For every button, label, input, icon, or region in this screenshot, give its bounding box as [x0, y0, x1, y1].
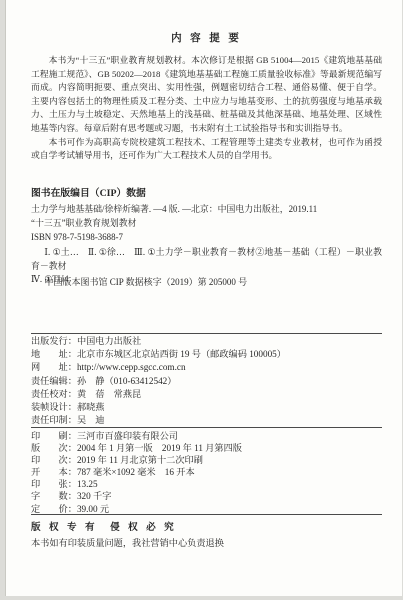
colophon-row-designer: 装帧设计：郝晓燕 — [31, 401, 382, 414]
book-page: 内 容 提 要 本书为“十三五”职业教育规划教材。本次修订是根据 GB 5100… — [5, 0, 402, 596]
cip-series-line: “十三五”职业教育规划教材 — [31, 216, 382, 230]
colophon-label: 印 次： — [31, 454, 77, 466]
colophon-value: 黄 蓓 常燕昆 — [77, 389, 141, 399]
cip-record-line: 中国版本图书馆 CIP 数据核字（2019）第 205000 号 — [31, 275, 382, 288]
summary-block: 本书为“十三五”职业教育规划教材。本次修订是根据 GB 51004—2015《建… — [31, 54, 382, 163]
colophon-label: 印 张： — [31, 478, 77, 490]
colophon-label: 出版发行： — [31, 335, 77, 348]
summary-title: 内 容 提 要 — [31, 30, 382, 45]
colophon-value: 2019 年 11 月北京第十二次印刷 — [77, 455, 203, 465]
colophon-row-website: 网 址：http://www.cepp.sgcc.com.cn — [31, 361, 382, 374]
colophon-publisher-block: 出版发行：中国电力出版社 地 址：北京市东城区北京站西街 19 号（邮政编码 1… — [31, 335, 382, 427]
colophon-row-publisher: 出版发行：中国电力出版社 — [31, 335, 382, 348]
quality-service-line: 本书如有印装质量问题，我社营销中心负责退换 — [31, 535, 382, 549]
colophon-value: 孙 静（010-63412542） — [77, 376, 177, 386]
colophon-value: 郝晓燕 — [77, 402, 105, 412]
colophon-label: 装帧设计： — [31, 401, 77, 414]
summary-paragraph-1: 本书为“十三五”职业教育规划教材。本次修订是根据 GB 51004—2015《建… — [31, 54, 382, 136]
colophon-value: 2004 年 1 月第一版 2019 年 11 月第四版 — [77, 443, 242, 453]
colophon-label: 定 价： — [31, 503, 77, 515]
colophon-label: 地 址： — [31, 348, 77, 361]
colophon-value: 中国电力出版社 — [77, 336, 141, 346]
cip-header: 图书在版编目（CIP）数据 — [31, 185, 382, 199]
colophon-label: 责任编辑： — [31, 375, 77, 388]
divider-middle — [31, 427, 382, 428]
colophon-row-printer: 印 刷：三河市百盛印装有限公司 — [31, 430, 382, 442]
colophon-row-price: 定 价：39.00 元 — [31, 503, 382, 515]
colophon-row-format: 开 本：787 毫米×1092 毫米 16 开本 — [31, 466, 382, 478]
colophon-row-print-supervisor: 责任印制：吴 迪 — [31, 414, 382, 427]
colophon-row-wordcount: 字 数：320 千字 — [31, 490, 382, 502]
colophon-row-edition: 版 次：2004 年 1 月第一版 2019 年 11 月第四版 — [31, 442, 382, 454]
colophon-printing-block: 印 刷：三河市百盛印装有限公司 版 次：2004 年 1 月第一版 2019 年… — [31, 430, 382, 515]
colophon-label: 网 址： — [31, 361, 77, 374]
cip-isbn-line: ISBN 978-7-5198-3688-7 — [31, 230, 382, 244]
colophon-row-sheets: 印 张：13.25 — [31, 478, 382, 490]
cip-entry-line: 土力学与地基基础/徐梓炘编著. —4 版. —北京：中国电力出版社，2019.1… — [31, 202, 382, 216]
colophon-label: 责任校对： — [31, 388, 77, 401]
copyright-notice: 版 权 专 有 侵 权 必 究 — [31, 519, 382, 533]
colophon-label: 印 刷： — [31, 430, 77, 442]
colophon-value: 13.25 — [77, 479, 98, 489]
colophon-value: 39.00 元 — [77, 504, 109, 514]
cip-class-line-1: Ⅰ. ①土… Ⅱ. ①徐… Ⅲ. ①土力学－职业教育－教材②地基－基础（工程）－… — [31, 246, 382, 273]
colophon-label: 版 次： — [31, 442, 77, 454]
colophon-row-impression: 印 次：2019 年 11 月北京第十二次印刷 — [31, 454, 382, 466]
colophon-value: 320 千字 — [77, 491, 111, 501]
colophon-row-proofreader: 责任校对：黄 蓓 常燕昆 — [31, 388, 382, 401]
divider-top — [31, 333, 382, 334]
colophon-value: 三河市百盛印装有限公司 — [77, 431, 178, 441]
colophon-label: 字 数： — [31, 490, 77, 502]
cip-entry-block: 土力学与地基基础/徐梓炘编著. —4 版. —北京：中国电力出版社，2019.1… — [31, 202, 382, 244]
summary-paragraph-2: 本书可作为高职高专院校建筑工程技术、工程管理等土建类专业教材，也可作为函授或自学… — [31, 136, 382, 163]
page-content: 内 容 提 要 本书为“十三五”职业教育规划教材。本次修订是根据 GB 5100… — [31, 0, 382, 596]
colophon-row-editor: 责任编辑：孙 静（010-63412542） — [31, 375, 382, 388]
colophon-value: 吴 迪 — [77, 415, 105, 425]
colophon-value: 787 毫米×1092 毫米 16 开本 — [77, 467, 195, 477]
colophon-value: 北京市东城区北京站西街 19 号（邮政编码 100005） — [77, 349, 286, 359]
colophon-value: http://www.cepp.sgcc.com.cn — [77, 362, 186, 372]
colophon-row-address: 地 址：北京市东城区北京站西街 19 号（邮政编码 100005） — [31, 348, 382, 361]
divider-bottom — [31, 514, 382, 515]
copyright-page-scan: 内 容 提 要 本书为“十三五”职业教育规划教材。本次修订是根据 GB 5100… — [0, 0, 403, 600]
colophon-label: 开 本： — [31, 466, 77, 478]
colophon-label: 责任印制： — [31, 414, 77, 427]
